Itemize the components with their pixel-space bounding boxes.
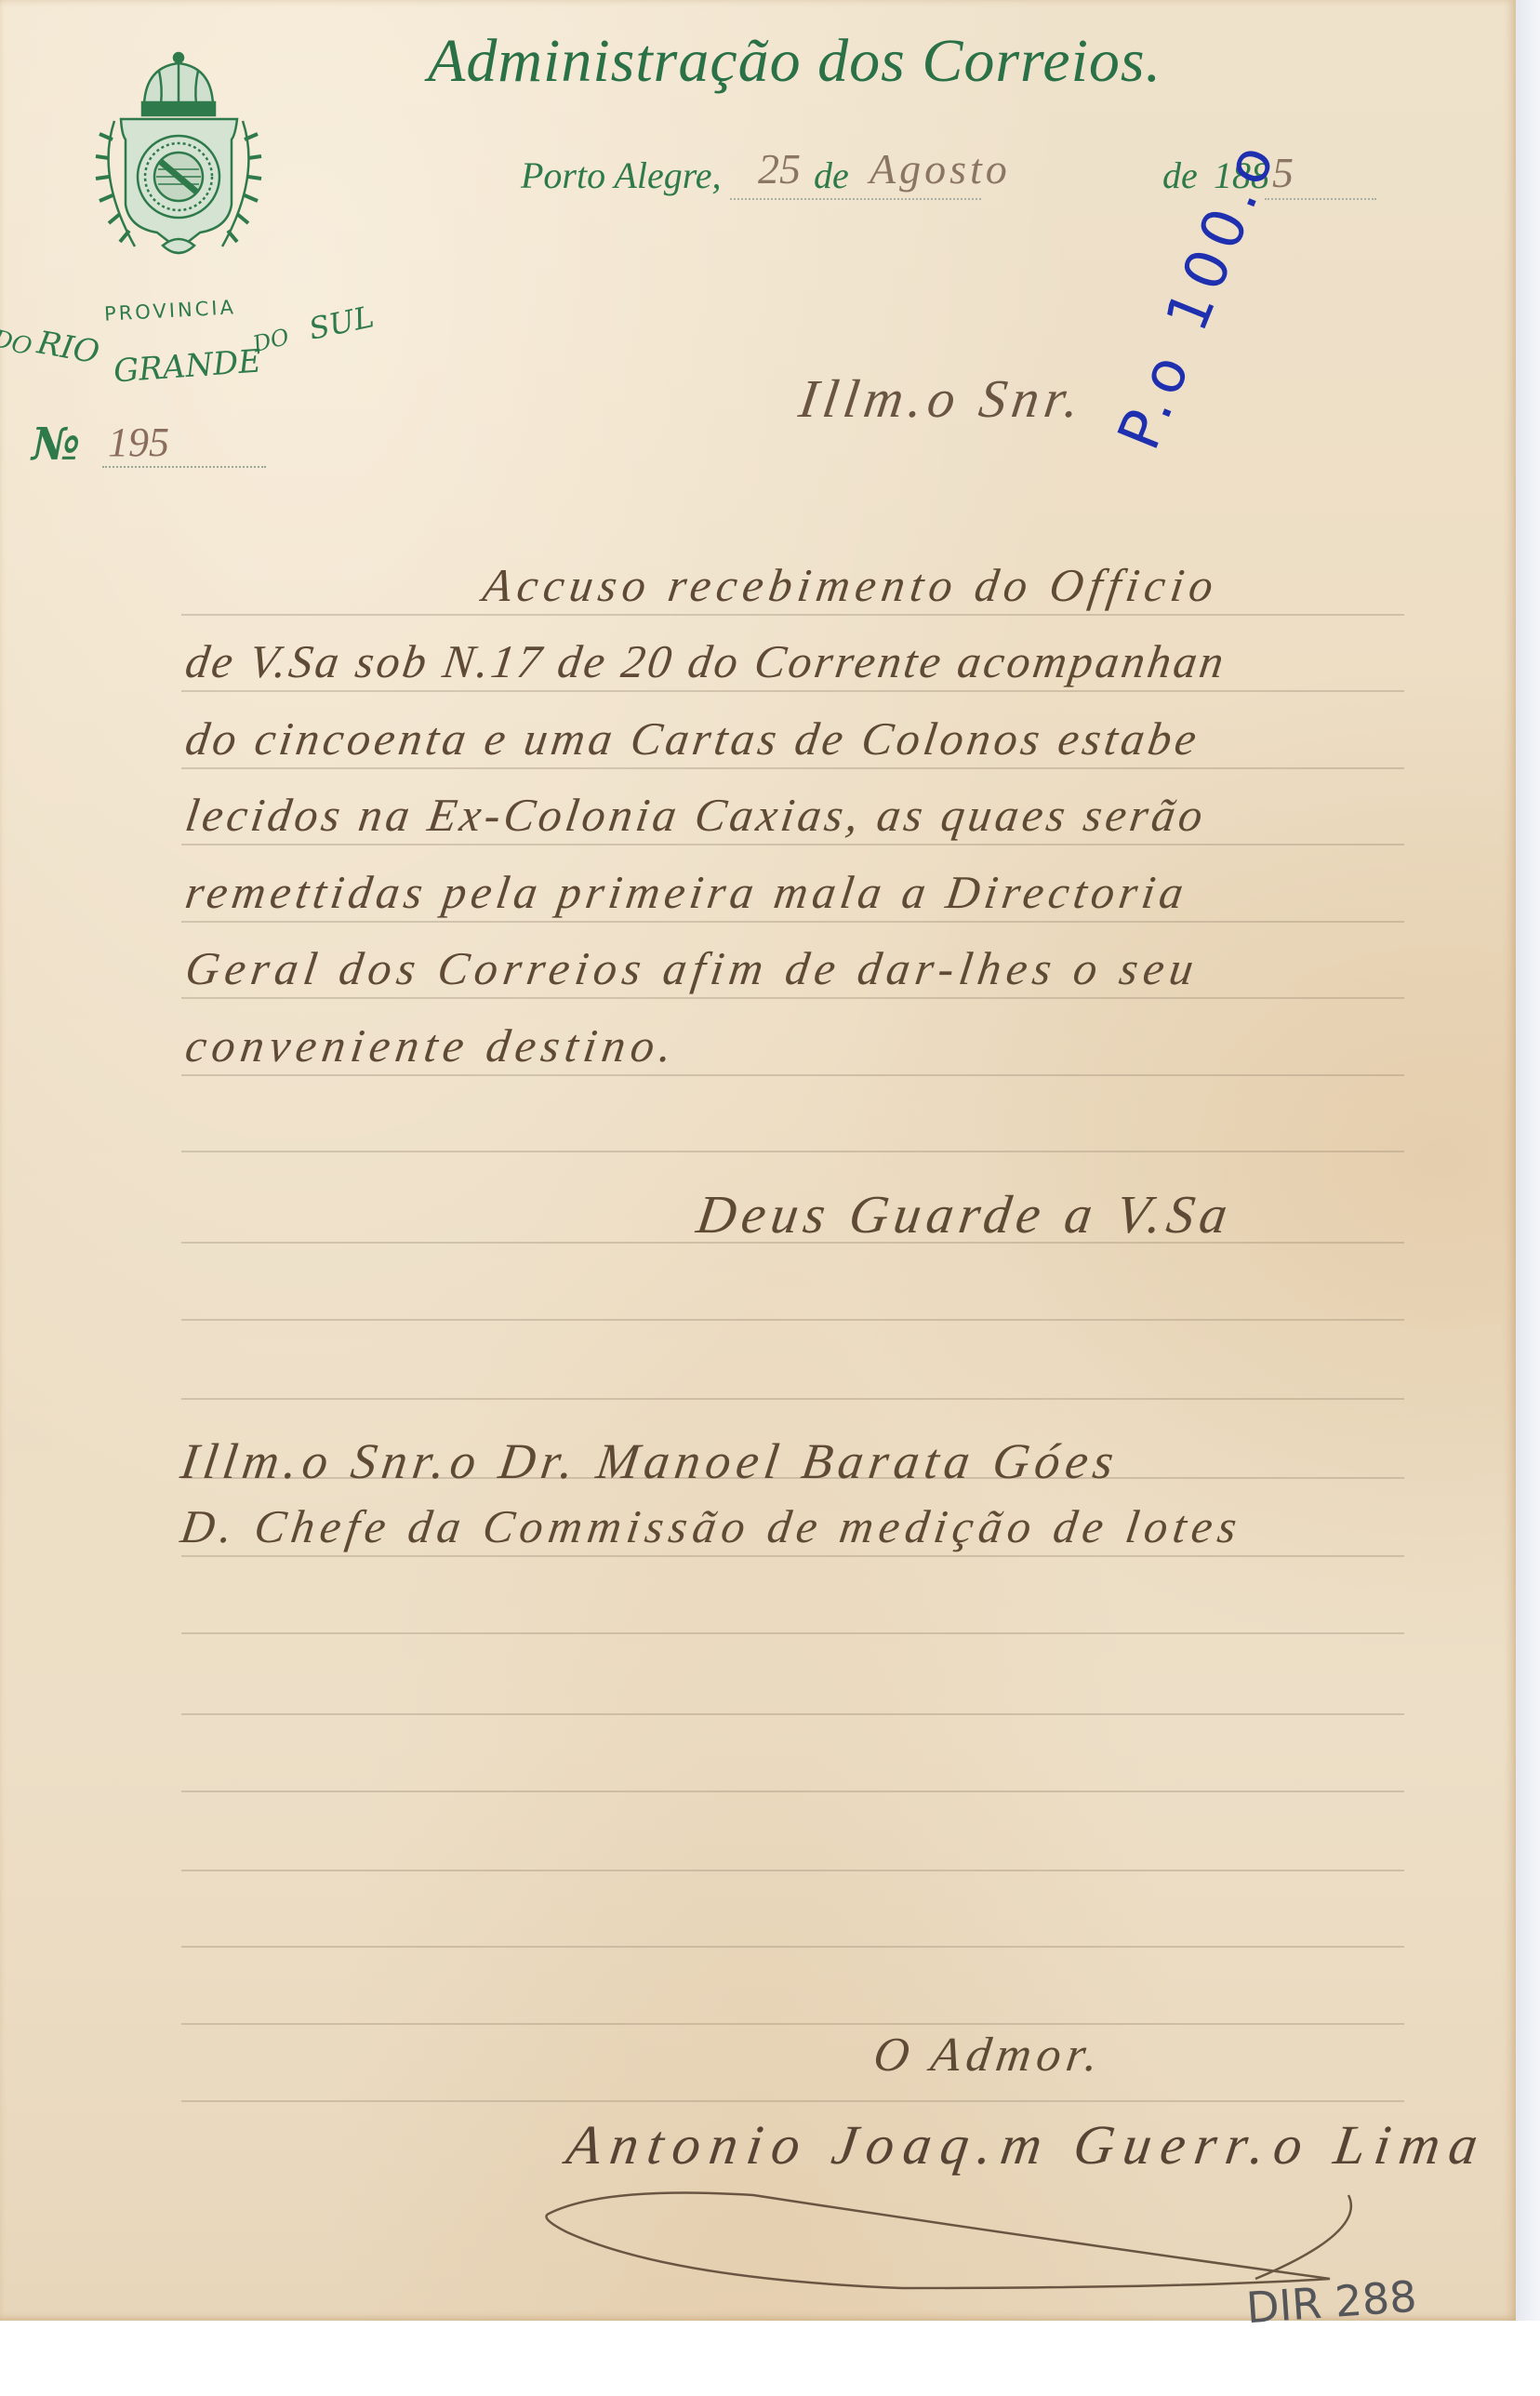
body-line: do cincoenta e uma Cartas de Colonos est…	[182, 712, 1203, 765]
ruled-line	[181, 2100, 1404, 2102]
date-day: 25	[758, 144, 801, 193]
body-line: remettidas pela primeira mala a Director…	[182, 865, 1191, 919]
province-word: GRANDE	[113, 342, 263, 390]
ruled-line	[181, 921, 1404, 923]
ruled-line	[181, 1713, 1404, 1715]
letter-number: 195	[102, 419, 266, 468]
addressee-name: Illm.o Snr.o Dr. Manoel Barata Góes	[178, 1432, 1123, 1490]
province-word: SUL	[306, 299, 378, 347]
ruled-line	[181, 1946, 1404, 1948]
ruled-line	[181, 1151, 1404, 1152]
letter-page: PROVINCIA DO RIO GRANDE DO SUL № 195 Adm…	[0, 0, 1516, 2321]
ruled-line	[181, 1790, 1404, 1792]
ruled-line	[181, 767, 1404, 769]
ruled-line	[181, 1870, 1404, 1871]
body-line: Geral dos Correios afim de dar-lhes o se…	[182, 941, 1202, 995]
salutation: Illm.o Snr.	[795, 367, 1088, 430]
ruled-line	[181, 1319, 1404, 1321]
place-printed: Porto Alegre,	[521, 153, 722, 197]
signature: Antonio Joaq.m Guerr.o Lima	[563, 2113, 1491, 2177]
ruled-line	[181, 690, 1404, 692]
ruled-line	[181, 997, 1404, 999]
body-line: de V.Sa sob N.17 de 20 do Corrente acomp…	[182, 634, 1229, 688]
province-word: DO	[0, 325, 34, 361]
ruled-line	[181, 1555, 1404, 1557]
date-de: de	[814, 153, 849, 197]
ruled-line	[181, 614, 1404, 616]
date-de: de	[1162, 153, 1198, 197]
signatory-title: O Admor.	[870, 2028, 1108, 2083]
ruled-line	[181, 1398, 1404, 1400]
body-line: conveniente destino.	[182, 1018, 681, 1072]
ruled-line	[181, 1632, 1404, 1634]
date-dotted-line	[1265, 198, 1376, 200]
number-label: №	[32, 419, 80, 471]
province-word: RIO	[34, 324, 102, 371]
ruled-line	[181, 1074, 1404, 1076]
ruled-line	[181, 844, 1404, 845]
imperial-coat-of-arms-icon	[79, 47, 279, 265]
ruled-line	[181, 2023, 1404, 2025]
date-month: Agosto	[870, 144, 1011, 193]
letterhead-title: Administração dos Correios.	[428, 26, 1162, 97]
body-line: lecidos na Ex-Colonia Caxias, as quaes s…	[182, 788, 1210, 842]
province-word: DO	[250, 324, 292, 358]
scan-backing-strip	[1514, 0, 1540, 2321]
addressee-title: D. Chefe da Commissão de medição de lote…	[178, 1499, 1245, 1553]
body-line: Accuso recebimento do Officio	[480, 558, 1222, 612]
province-name: DO RIO GRANDE DO SUL	[0, 311, 392, 394]
closing-formula: Deus Guarde a V.Sa	[693, 1183, 1237, 1245]
date-dotted-line	[730, 198, 981, 200]
